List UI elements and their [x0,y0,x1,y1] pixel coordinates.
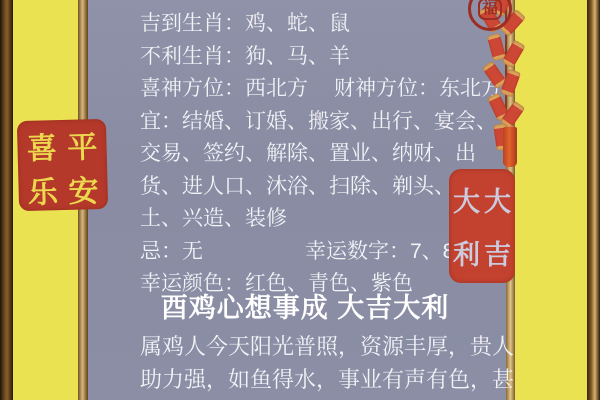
line-directions: 喜神方位：西北方财神方位：东北方 [140,73,470,106]
fortune-paragraph: 属鸡人今天阳光普照，资源丰厚，贵人 助力强，如鱼得水，事业有声有色，甚 [140,330,480,396]
taboo-label: 忌：无 [140,240,203,263]
lucky-numbers: 幸运数字：7、8 [305,236,454,269]
seal-ping-an-xi-le: 喜 乐 平 安 [17,119,108,211]
fu-character: 福 [478,0,502,20]
seal-char: 利 [453,233,480,272]
seal-da-ji-da-li: 大 利 大 吉 [449,169,515,283]
seal-column: 平 安 [67,122,99,207]
line-suitable-1: 宜：结婚、订婚、搬家、出行、宴会、 [140,106,470,139]
firecracker-tassel-icon [503,127,517,167]
fortune-text-block: 吉到生肖：鸡、蛇、鼠 不利生肖：狗、马、羊 喜神方位：西北方财神方位：东北方 宜… [140,8,470,301]
joy-direction: 喜神方位：西北方 [140,77,308,100]
seal-char: 乐 [27,167,58,212]
seal-char: 大 [453,180,480,219]
frame-left-border [0,0,13,400]
seal-column: 大 吉 [484,173,511,279]
seal-char: 平 [67,122,98,167]
seal-char: 安 [68,166,99,211]
line-suitable-3: 货、进人口、沐浴、扫除、剃头、动 [140,171,470,204]
line-unlucky-zodiac: 不利生肖：狗、马、羊 [140,41,470,74]
seal-char: 大 [484,180,511,219]
seal-column: 大 利 [453,173,480,279]
line-suitable-4: 土、兴造、装修 [140,203,470,236]
line-suitable-2: 交易、签约、解除、置业、纳财、出 [140,138,470,171]
paragraph-line-1: 属鸡人今天阳光普照，资源丰厚，贵人 [140,330,480,363]
seal-column: 喜 乐 [26,123,58,208]
line-taboo-and-numbers: 忌：无 幸运数字：7、8 [140,236,470,269]
seal-char: 吉 [484,233,511,272]
seal-char: 喜 [26,123,57,168]
fortune-heading: 酉鸡心想事成 大吉大利 [140,286,470,325]
wealth-direction: 财神方位：东北方 [334,77,502,100]
paragraph-line-2: 助力强，如鱼得水，事业有声有色，甚 [140,363,480,396]
frame-right-border [587,0,600,400]
line-lucky-zodiac: 吉到生肖：鸡、蛇、鼠 [140,8,470,41]
firecracker-icon [500,69,521,98]
